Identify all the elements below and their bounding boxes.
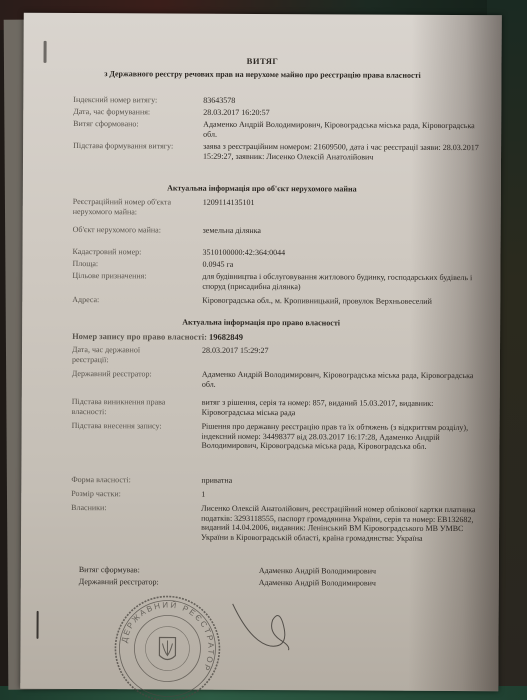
official-seal-icon: ДЕРЖАВНИЙ РЕЄСТРАТОР	[112, 593, 223, 700]
field-value: витяг з рішення, серія та номер: 857, ви…	[202, 398, 487, 418]
field-value: приватна	[201, 476, 486, 487]
field-label: Витяг сформовано:	[73, 119, 178, 129]
field-value: для будівництва і обслуговування житлово…	[202, 272, 487, 292]
field-label: Адреса:	[72, 295, 177, 305]
handwritten-signature	[230, 602, 310, 662]
field-label: Реєстраційний номер об'єкта нерухомого м…	[73, 197, 178, 217]
field-label: Власники:	[71, 503, 176, 513]
field-value: 1	[201, 490, 486, 501]
field-value: Рішення про державну реєстрацію прав та …	[201, 422, 486, 452]
record-value: 19682849	[209, 332, 243, 342]
svg-text:ДЕРЖАВНИЙ РЕЄСТРАТОР: ДЕРЖАВНИЙ РЕЄСТРАТОР	[120, 600, 216, 673]
field-generated-by: Витяг сформовано: Адаменко Андрій Володи…	[73, 119, 483, 121]
field-label: Підстава виникнення права власності:	[72, 397, 177, 417]
field-ownership-basis: Підстава виникнення права власності: вит…	[72, 397, 482, 399]
field-state-registrar: Державний реєстратор: Адаменко Андрій Во…	[72, 369, 482, 371]
field-ownership-form: Форма власності: приватна	[71, 475, 481, 477]
section-heading-ownership: Актуальна інформація про право власності	[22, 317, 500, 329]
staple-mark	[36, 611, 38, 639]
seal-text: ДЕРЖАВНИЙ РЕЄСТРАТОР	[120, 600, 216, 673]
signature-value: Адаменко Андрій Володимирович	[259, 578, 376, 588]
field-value: 28.03.2017 16:20:57	[203, 108, 488, 119]
signature-line-registrar: Державний реєстратор: Адаменко Андрій Во…	[79, 577, 194, 587]
field-value: 3510100000:42:364:0044	[202, 248, 487, 259]
signature-label: Державний реєстратор:	[79, 577, 194, 587]
field-basis: Підстава формування витягу: заява з реєс…	[73, 141, 483, 143]
document-page: ВИТЯГ з Державного реєстру речових прав …	[20, 13, 502, 691]
field-label: Підстава внесення запису:	[72, 421, 177, 431]
field-label: Площа:	[72, 259, 177, 269]
field-label: Державний реєстратор:	[72, 369, 177, 379]
field-property-object: Об'єкт нерухомого майна: земельна ділянк…	[73, 225, 483, 227]
field-record-basis: Підстава внесення запису: Рішення про де…	[72, 421, 482, 423]
field-label: Дата, час державної реєстрації:	[72, 345, 177, 365]
record-label: Номер запису про право власності:	[72, 331, 207, 342]
field-label: Кадастровий номер:	[72, 247, 177, 257]
signature-label: Витяг сформував:	[79, 565, 194, 575]
document-title: ВИТЯГ	[24, 55, 502, 68]
field-value: земельна ділянка	[203, 226, 488, 237]
field-cadastral-number: Кадастровий номер: 3510100000:42:364:004…	[73, 247, 483, 249]
field-value: 0.0945 га	[202, 260, 487, 271]
ownership-record-number: Номер запису про право власності: 196828…	[72, 331, 243, 342]
signature-value: Адаменко Андрій Володимирович	[259, 566, 376, 576]
document-subtitle: з Державного реєстру речових прав на нер…	[23, 69, 501, 81]
signature-line-generated-by: Витяг сформував: Адаменко Андрій Володим…	[79, 565, 194, 575]
field-value: Адаменко Андрій Володимирович, Кіровогра…	[202, 370, 487, 390]
field-label: Індексний номер витягу:	[73, 95, 178, 105]
field-address: Адреса: Кіровоградська обл., м. Кропивни…	[72, 295, 482, 297]
field-property-reg-number: Реєстраційний номер об'єкта нерухомого м…	[73, 197, 483, 199]
field-generated-datetime: Дата, час формування: 28.03.2017 16:20:5…	[73, 107, 483, 109]
field-value: заява з реєстраційним номером: 21609500,…	[203, 142, 488, 162]
field-value: Лисенко Олексій Анатолійович, реєстрацій…	[201, 504, 486, 543]
field-label: Цільове призначення:	[72, 271, 177, 281]
field-value: 28.03.2017 15:29:27	[202, 346, 487, 357]
field-label: Підстава формування витягу:	[73, 141, 178, 151]
section-heading-property: Актуальна інформація про об'єкт нерухомо…	[23, 183, 501, 195]
field-registration-datetime: Дата, час державної реєстрації: 28.03.20…	[72, 345, 482, 347]
field-owners: Власники: Лисенко Олексій Анатолійович, …	[71, 503, 481, 505]
field-value: 1209114135101	[203, 198, 488, 209]
field-value: Кіровоградська обл., м. Кропивницький, п…	[202, 296, 487, 307]
field-share-size: Розмір частки: 1	[71, 489, 481, 491]
field-label: Дата, час формування:	[73, 107, 178, 117]
field-label: Форма власності:	[71, 475, 176, 485]
field-extract-index: Індексний номер витягу: 83643578	[73, 95, 483, 97]
field-label: Об'єкт нерухомого майна:	[73, 225, 178, 235]
field-value: 83643578	[203, 96, 488, 107]
field-value: Адаменко Андрій Володимирович, Кіровогра…	[203, 120, 488, 140]
field-purpose: Цільове призначення: для будівництва і о…	[72, 271, 482, 273]
field-label: Розмір частки:	[71, 489, 176, 499]
field-area: Площа: 0.0945 га	[72, 259, 482, 261]
